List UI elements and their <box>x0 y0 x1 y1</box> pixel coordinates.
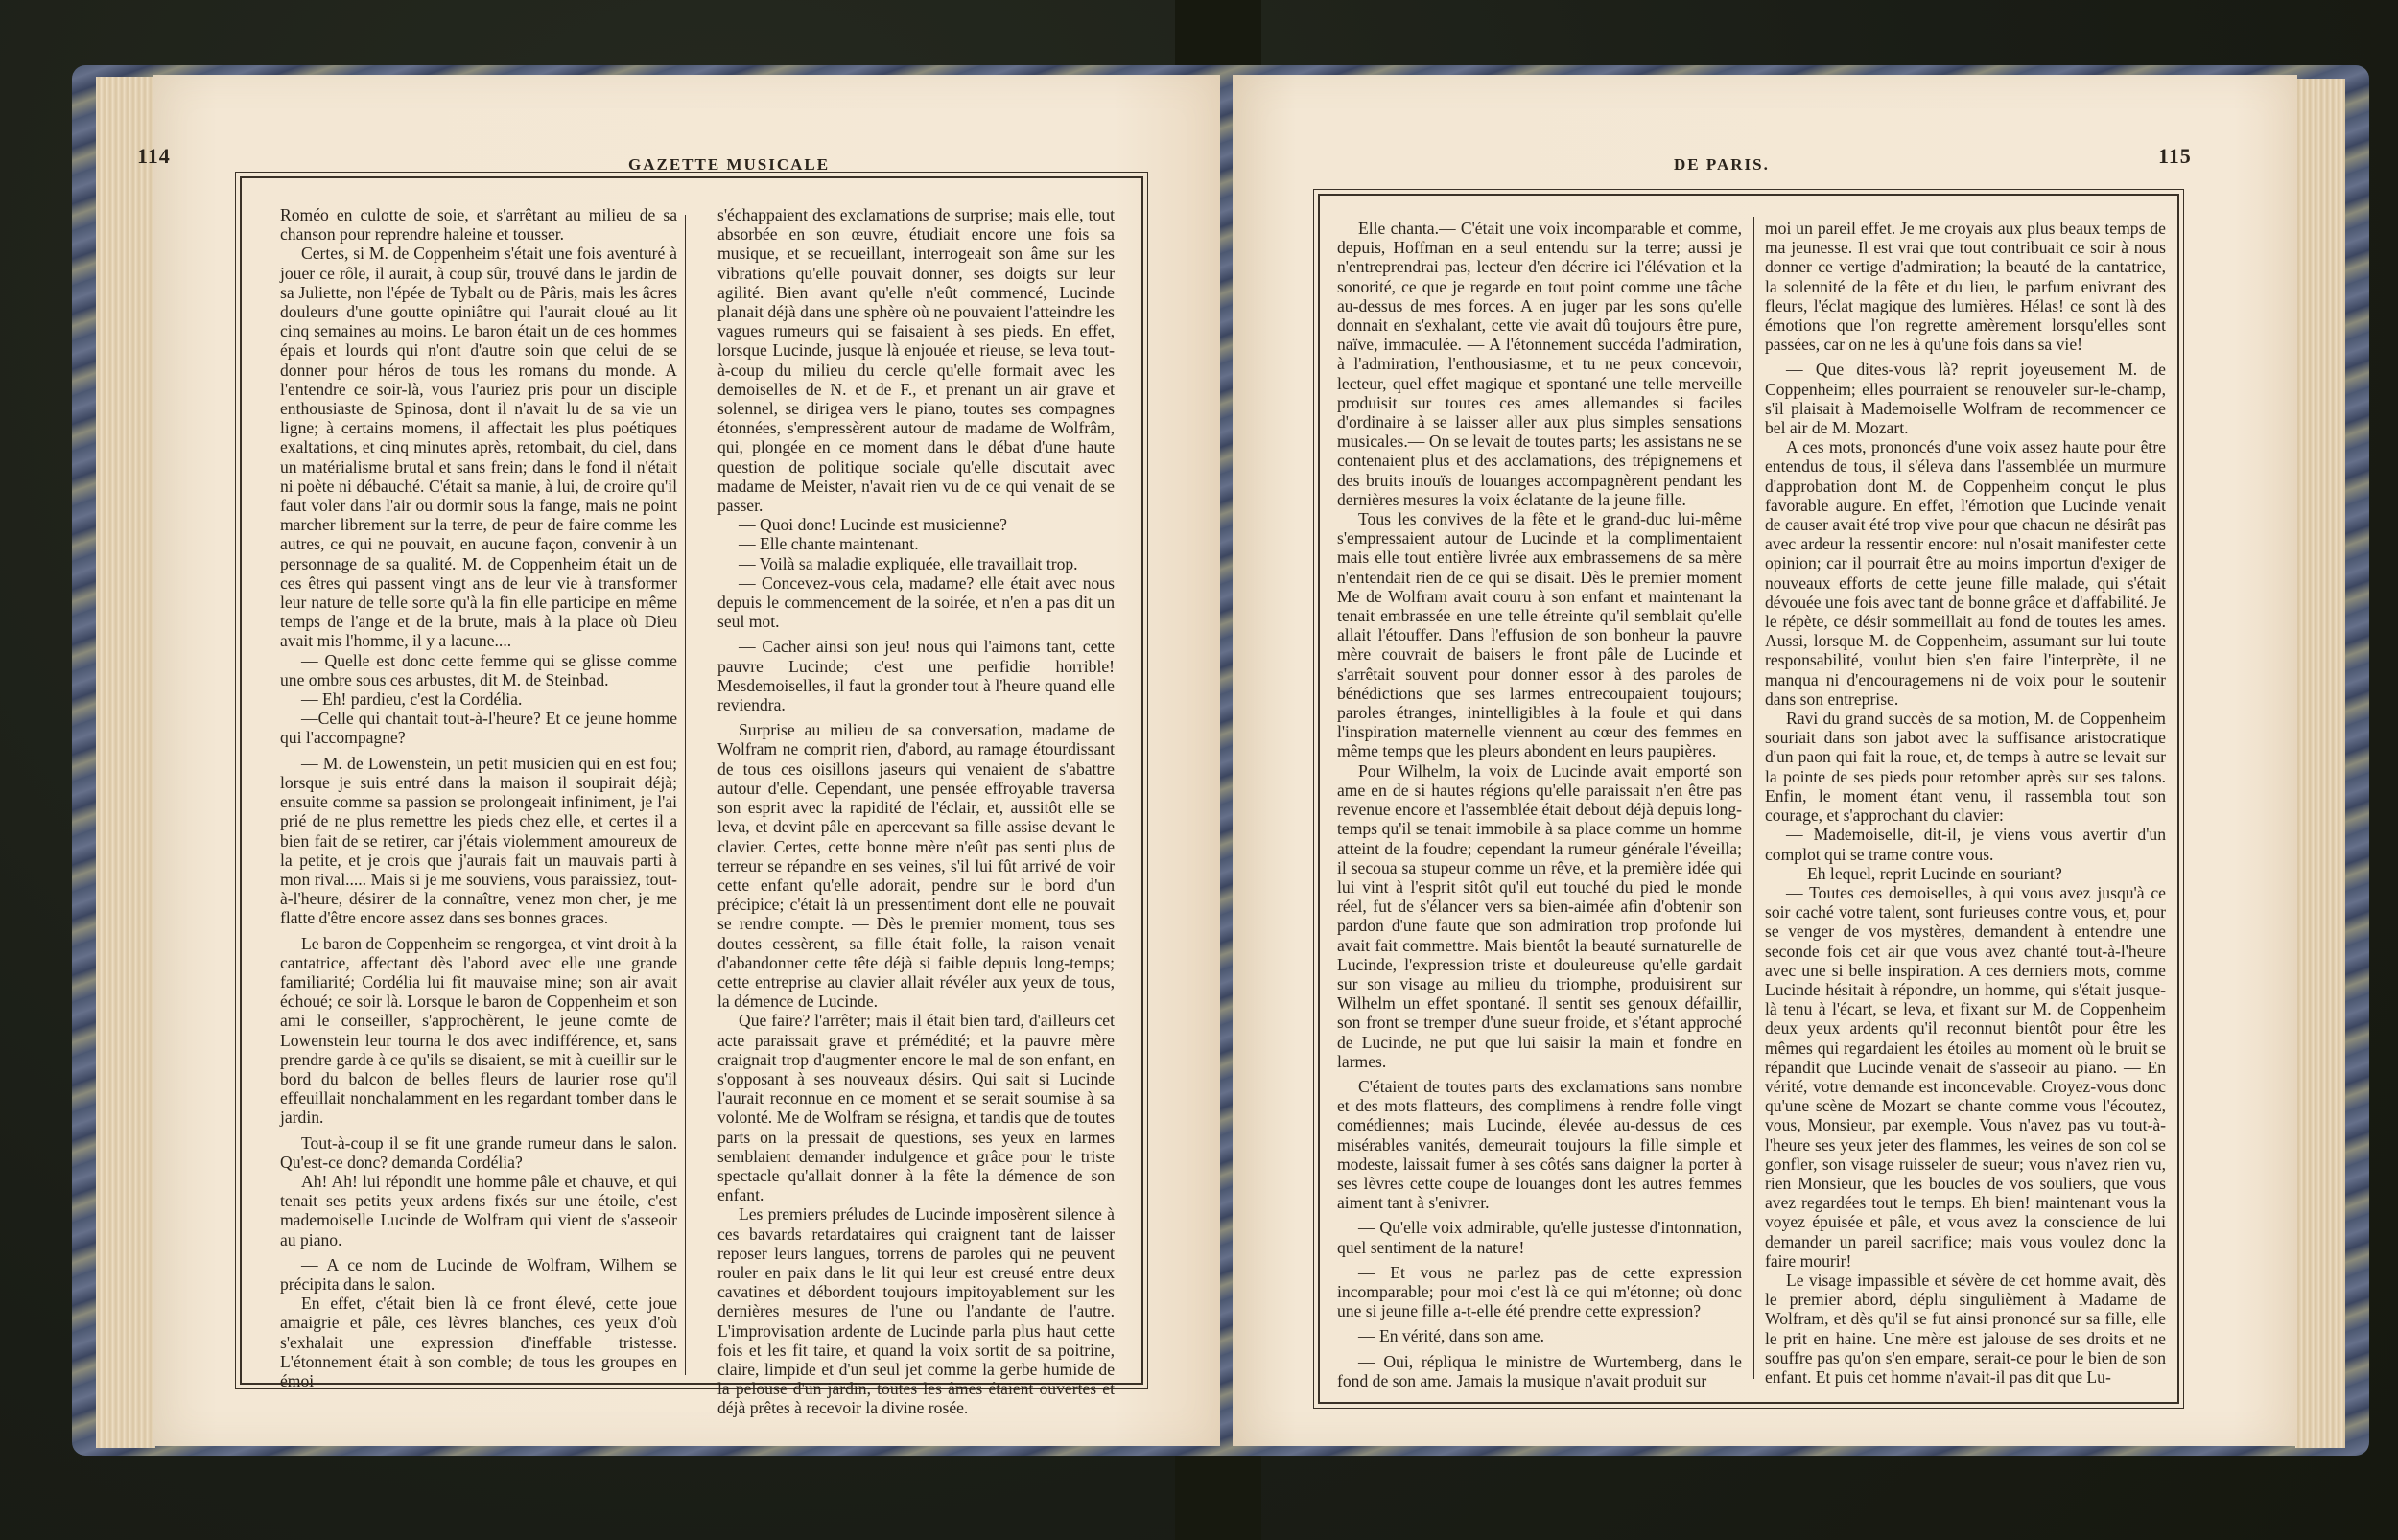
paragraph: — A ce nom de Lucinde de Wolfram, Wilhem… <box>280 1255 677 1294</box>
right-column-rule <box>1753 217 1754 1379</box>
paragraph: Le visage impassible et sévère de cet ho… <box>1765 1271 2166 1387</box>
paragraph: — Toutes ces demoiselles, à qui vous ave… <box>1765 883 2166 1271</box>
paragraph: Ravi du grand succès de sa motion, M. de… <box>1765 709 2166 825</box>
paragraph: — M. de Lowenstein, un petit musicien qu… <box>280 754 677 928</box>
paragraph: — Qu'elle voix admirable, qu'elle justes… <box>1337 1218 1742 1256</box>
paragraph: — Eh! pardieu, c'est la Cordélia. <box>280 689 677 709</box>
paragraph: — Que dites-vous là? reprit joyeusement … <box>1765 360 2166 437</box>
left-page-edges <box>96 77 155 1448</box>
left-page-column-1: Roméo en culotte de soie, et s'arrêtant … <box>280 205 677 1390</box>
paragraph: Pour Wilhelm, la voix de Lucinde avait e… <box>1337 761 1742 1071</box>
paragraph: Elle chanta.— C'était une voix incompara… <box>1337 219 1742 509</box>
paragraph: A ces mots, prononcés d'une voix assez h… <box>1765 437 2166 709</box>
paragraph: Ah! Ah! lui répondit une homme pâle et c… <box>280 1172 677 1249</box>
paragraph: — Voilà sa maladie expliquée, elle trava… <box>717 554 1115 573</box>
paragraph: — Elle chante maintenant. <box>717 534 1115 553</box>
paragraph: s'échappaient des exclamations de surpri… <box>717 205 1115 515</box>
paragraph: — En vérité, dans son ame. <box>1337 1326 1742 1345</box>
paragraph: Roméo en culotte de soie, et s'arrêtant … <box>280 205 677 244</box>
paragraph: — Quoi donc! Lucinde est musicienne? <box>717 515 1115 534</box>
paragraph: — Concevez-vous cela, madame? elle était… <box>717 573 1115 632</box>
left-page-column-2: s'échappaient des exclamations de surpri… <box>717 205 1115 1418</box>
left-column-rule <box>685 215 686 1375</box>
paragraph: Le baron de Coppenheim se rengorgea, et … <box>280 934 677 1128</box>
right-page-column-2: moi un pareil effet. Je me croyais aux p… <box>1765 219 2166 1387</box>
right-page-edges <box>2295 79 2345 1448</box>
paragraph: Tout-à-coup il se fit une grande rumeur … <box>280 1133 677 1172</box>
left-page-number: 114 <box>137 144 171 169</box>
right-running-head: DE PARIS. <box>1674 155 1770 175</box>
paragraph: Certes, si M. de Coppenheim s'était une … <box>280 244 677 650</box>
paragraph: Les premiers préludes de Lucinde imposèr… <box>717 1204 1115 1417</box>
paragraph: En effet, c'était bien là ce front élevé… <box>280 1294 677 1390</box>
paragraph: Que faire? l'arrêter; mais il était bien… <box>717 1011 1115 1204</box>
paragraph: — Cacher ainsi son jeu! nous qui l'aimon… <box>717 637 1115 714</box>
paragraph: Surprise au milieu de sa conversation, m… <box>717 720 1115 1011</box>
paragraph: moi un pareil effet. Je me croyais aux p… <box>1765 219 2166 354</box>
right-page-column-1: Elle chanta.— C'était une voix incompara… <box>1337 219 1742 1390</box>
paragraph: — Oui, répliqua le ministre de Wurtember… <box>1337 1352 1742 1390</box>
paragraph: C'étaient de toutes parts des exclamatio… <box>1337 1077 1742 1212</box>
paragraph: — Quelle est donc cette femme qui se gli… <box>280 651 677 689</box>
paragraph: —Celle qui chantait tout-à-l'heure? Et c… <box>280 709 677 747</box>
left-running-head: GAZETTE MUSICALE <box>628 155 830 175</box>
paragraph: — Et vous ne parlez pas de cette express… <box>1337 1263 1742 1321</box>
paragraph: — Eh lequel, reprit Lucinde en souriant? <box>1765 864 2166 883</box>
right-page-number: 115 <box>2158 144 2192 169</box>
paragraph: — Mademoiselle, dit-il, je viens vous av… <box>1765 825 2166 863</box>
paragraph: Tous les convives de la fête et le grand… <box>1337 509 1742 761</box>
